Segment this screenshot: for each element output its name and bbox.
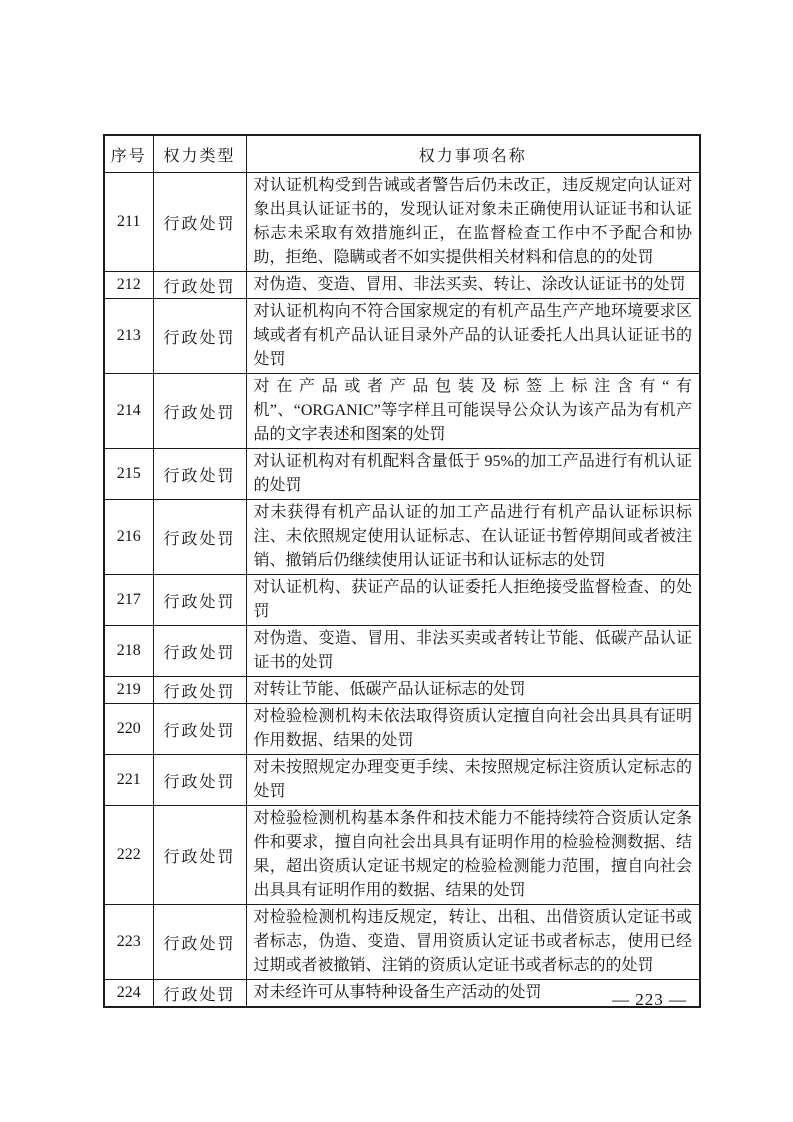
power-type-cell: 行政处罚 — [153, 980, 246, 1008]
power-item-name-cell: 对认证机构向不符合国家规定的有机产品生产产地环境要求区域或者有机产品认证目录外产… — [246, 299, 700, 374]
power-type-cell: 行政处罚 — [153, 626, 246, 677]
column-header-power-item-name: 权力事项名称 — [246, 135, 700, 173]
serial-number-cell: 213 — [104, 299, 153, 374]
table-row: 224 行政处罚 对未经许可从事特种设备生产活动的处罚 — [104, 980, 700, 1008]
power-type-cell: 行政处罚 — [153, 575, 246, 626]
document-page: 序号 权力类型 权力事项名称 211 行政处罚 对认证机构受到告诫或者警告后仍未… — [0, 0, 793, 1122]
power-item-name-cell: 对认证机构、获证产品的认证委托人拒绝接受监督检查、的处罚 — [246, 575, 700, 626]
table-row: 215 行政处罚 对认证机构对有机配料含量低于 95%的加工产品进行有机认证的处… — [104, 449, 700, 500]
serial-number-cell: 216 — [104, 500, 153, 575]
serial-number-cell: 219 — [104, 677, 153, 704]
power-item-name-cell: 对在产品或者产品包装及标签上标注含有“有机”、“ORGANIC”等字样且可能误导… — [246, 374, 700, 449]
page-number: — 223 — — [612, 990, 687, 1010]
serial-number-cell: 218 — [104, 626, 153, 677]
header-row: 序号 权力类型 权力事项名称 — [104, 135, 700, 173]
serial-number-cell: 222 — [104, 806, 153, 905]
table-row: 213 行政处罚 对认证机构向不符合国家规定的有机产品生产产地环境要求区域或者有… — [104, 299, 700, 374]
serial-number-cell: 221 — [104, 755, 153, 806]
power-item-name-cell: 对伪造、变造、冒用、非法买卖或者转让节能、低碳产品认证证书的处罚 — [246, 626, 700, 677]
table-row: 222 行政处罚 对检验检测机构基本条件和技术能力不能持续符合资质认定条件和要求… — [104, 806, 700, 905]
serial-number-cell: 223 — [104, 905, 153, 980]
power-item-name-cell: 对未获得有机产品认证的加工产品进行有机产品认证标识标注、未依照规定使用认证标志、… — [246, 500, 700, 575]
serial-number-cell: 211 — [104, 173, 153, 272]
table-body: 211 行政处罚 对认证机构受到告诫或者警告后仍未改正，违反规定向认证对象出具认… — [104, 173, 700, 1008]
table-row: 218 行政处罚 对伪造、变造、冒用、非法买卖或者转让节能、低碳产品认证证书的处… — [104, 626, 700, 677]
serial-number-cell: 212 — [104, 272, 153, 299]
table-row: 219 行政处罚 对转让节能、低碳产品认证标志的处罚 — [104, 677, 700, 704]
power-item-name-cell: 对检验检测机构违反规定，转让、出租、出借资质认定证书或者标志，伪造、变造、冒用资… — [246, 905, 700, 980]
power-item-name-cell: 对认证机构受到告诫或者警告后仍未改正，违反规定向认证对象出具认证证书的，发现认证… — [246, 173, 700, 272]
table-row: 214 行政处罚 对在产品或者产品包装及标签上标注含有“有机”、“ORGANIC… — [104, 374, 700, 449]
power-type-cell: 行政处罚 — [153, 905, 246, 980]
power-item-name-cell: 对检验检测机构基本条件和技术能力不能持续符合资质认定条件和要求，擅自向社会出具具… — [246, 806, 700, 905]
power-type-cell: 行政处罚 — [153, 500, 246, 575]
table-row: 220 行政处罚 对检验检测机构未依法取得资质认定擅自向社会出具具有证明作用数据… — [104, 704, 700, 755]
power-type-cell: 行政处罚 — [153, 374, 246, 449]
serial-number-cell: 217 — [104, 575, 153, 626]
power-type-cell: 行政处罚 — [153, 677, 246, 704]
table-row: 211 行政处罚 对认证机构受到告诫或者警告后仍未改正，违反规定向认证对象出具认… — [104, 173, 700, 272]
table-row: 212 行政处罚 对伪造、变造、冒用、非法买卖、转让、涂改认证证书的处罚 — [104, 272, 700, 299]
table-row: 217 行政处罚 对认证机构、获证产品的认证委托人拒绝接受监督检查、的处罚 — [104, 575, 700, 626]
power-item-name-cell: 对检验检测机构未依法取得资质认定擅自向社会出具具有证明作用数据、结果的处罚 — [246, 704, 700, 755]
power-item-name-cell: 对未按照规定办理变更手续、未按照规定标注资质认定标志的处罚 — [246, 755, 700, 806]
column-header-serial-number: 序号 — [104, 135, 153, 173]
table-row: 221 行政处罚 对未按照规定办理变更手续、未按照规定标注资质认定标志的处罚 — [104, 755, 700, 806]
power-item-name-cell: 对转让节能、低碳产品认证标志的处罚 — [246, 677, 700, 704]
column-header-power-type: 权力类型 — [153, 135, 246, 173]
power-item-name-cell: 对伪造、变造、冒用、非法买卖、转让、涂改认证证书的处罚 — [246, 272, 700, 299]
serial-number-cell: 224 — [104, 980, 153, 1008]
serial-number-cell: 215 — [104, 449, 153, 500]
table-header: 序号 权力类型 权力事项名称 — [104, 135, 700, 173]
power-type-cell: 行政处罚 — [153, 173, 246, 272]
serial-number-cell: 220 — [104, 704, 153, 755]
power-type-cell: 行政处罚 — [153, 449, 246, 500]
power-type-cell: 行政处罚 — [153, 806, 246, 905]
table-row: 216 行政处罚 对未获得有机产品认证的加工产品进行有机产品认证标识标注、未依照… — [104, 500, 700, 575]
power-type-cell: 行政处罚 — [153, 299, 246, 374]
serial-number-cell: 214 — [104, 374, 153, 449]
table-row: 223 行政处罚 对检验检测机构违反规定，转让、出租、出借资质认定证书或者标志，… — [104, 905, 700, 980]
authority-items-table: 序号 权力类型 权力事项名称 211 行政处罚 对认证机构受到告诫或者警告后仍未… — [103, 134, 701, 1008]
power-type-cell: 行政处罚 — [153, 704, 246, 755]
power-type-cell: 行政处罚 — [153, 272, 246, 299]
power-type-cell: 行政处罚 — [153, 755, 246, 806]
power-item-name-cell: 对认证机构对有机配料含量低于 95%的加工产品进行有机认证的处罚 — [246, 449, 700, 500]
